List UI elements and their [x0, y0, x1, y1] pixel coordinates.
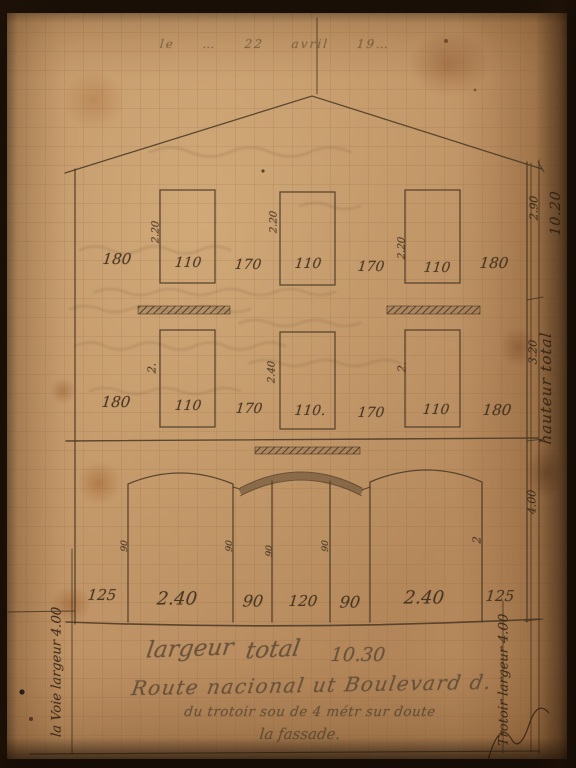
dim-label: 2.40 — [403, 588, 445, 609]
height-total-label: hauteur total — [537, 331, 555, 445]
height-label: 2.40 — [267, 360, 278, 383]
dim-label: 110 — [423, 260, 451, 276]
center-arch-band — [240, 472, 362, 496]
height-dim-upper: 2.90 — [528, 195, 541, 221]
dim-label: 170 — [357, 405, 385, 421]
note-width-word: total — [244, 636, 302, 665]
jamb-mark: 2 — [471, 536, 484, 544]
dim-label: 110 — [294, 256, 322, 272]
height-total-value: 10.20 — [548, 190, 564, 236]
height-label: 2.20 — [151, 220, 162, 243]
dim-label: 180 — [482, 401, 513, 419]
dim-label: 180 — [102, 250, 133, 268]
dim-label: 110 — [422, 402, 450, 418]
note-sidewalk-line: du trotoir sou de 4 métr sur doute — [184, 704, 437, 720]
paper-specks — [19, 39, 476, 721]
dim-label: 120 — [288, 592, 319, 610]
dim-label: 125 — [485, 587, 516, 605]
dim-label: 170 — [235, 401, 263, 417]
jamb-mark: 90 — [321, 540, 331, 552]
note-width-word: largeur — [145, 635, 235, 664]
height-dim-lower: 4.00 — [526, 489, 539, 515]
dim-label: 90 — [339, 593, 361, 612]
dim-label: 2.40 — [156, 589, 198, 610]
height-label: 2. — [396, 361, 409, 373]
dim-label: 110. — [294, 403, 327, 419]
jamb-mark: 90 — [225, 540, 235, 552]
height-label: 2.20 — [269, 210, 280, 233]
height-label: 2.20 — [397, 236, 408, 259]
left-margin-note: la Voie largeur 4.00 — [50, 606, 65, 737]
jamb-mark: 90 — [120, 540, 130, 552]
height-label: 2. — [146, 362, 159, 374]
dim-label: 180 — [479, 254, 510, 272]
jamb-mark: 90 — [265, 545, 275, 557]
note-facade-line: la fassade. — [259, 725, 341, 743]
dim-label: 170 — [357, 259, 385, 275]
right-margin-note: Trotoir largeur 4.00 — [497, 613, 512, 746]
dim-label: 125 — [87, 586, 118, 604]
note-width-value: 10.30 — [330, 644, 387, 666]
hatched-sill-bars — [138, 306, 480, 454]
dim-label: 90 — [242, 592, 264, 611]
dim-label: 110 — [174, 255, 202, 271]
photographed-drawing: le … 22 avril 19… 180 110 170 110 170 11… — [0, 0, 576, 768]
dim-label: 180 — [101, 393, 132, 411]
date-line: le … 22 avril 19… — [159, 37, 391, 51]
dim-label: 170 — [234, 257, 262, 273]
dim-label: 110 — [174, 398, 202, 414]
